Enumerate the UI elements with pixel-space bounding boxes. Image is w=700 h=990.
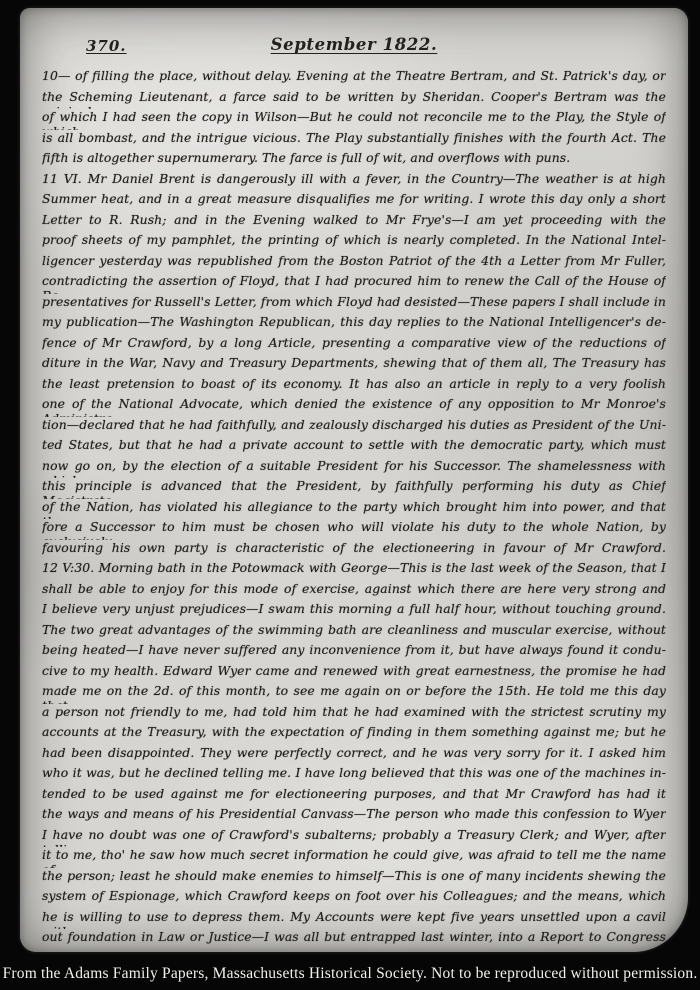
manuscript-line: tion—declared that he had faithfully, an… xyxy=(42,417,666,438)
manuscript-line: the person; least he should make enemies… xyxy=(42,868,666,889)
manuscript-line: the least pretension to boast of its eco… xyxy=(42,376,666,397)
manuscript-line: presentatives for Russell's Letter, from… xyxy=(42,294,666,315)
manuscript-line: ligencer yesterday was republished from … xyxy=(42,253,666,274)
manuscript-line: the Scheming Lieutenant, a farce said to… xyxy=(42,89,666,110)
manuscript-line: diture in the War, Navy and Treasury Dep… xyxy=(42,355,666,376)
manuscript-body: 10— of filling the place, without delay.… xyxy=(42,68,666,950)
manuscript-line: accounts at the Treasury, with the expec… xyxy=(42,724,666,745)
manuscript-line: is all bombast, and the intrigue vicious… xyxy=(42,130,666,151)
manuscript-line: shall be able to enjoy for this mode of … xyxy=(42,581,666,602)
manuscript-line: had been disappointed. They were perfect… xyxy=(42,745,666,766)
manuscript-line: The two great advantages of the swimming… xyxy=(42,622,666,643)
manuscript-line: Letter to R. Rush; and in the Evening wa… xyxy=(42,212,666,233)
page-title-date: September 1822. xyxy=(42,35,666,54)
manuscript-line: ted States, but that he had a private ac… xyxy=(42,437,666,458)
page-header: 370. September 1822. xyxy=(42,35,666,62)
manuscript-line: out foundation in Law or Justice—I was a… xyxy=(42,929,666,950)
manuscript-line: one of the National Advocate, which deni… xyxy=(42,396,666,417)
manuscript-line: who it was, but he declined telling me. … xyxy=(42,765,666,786)
manuscript-line: of which I had seen the copy in Wilson—B… xyxy=(42,109,666,130)
manuscript-line: proof sheets of my pamphlet, the printin… xyxy=(42,232,666,253)
manuscript-line: 11 VI. Mr Daniel Brent is dangerously il… xyxy=(42,171,666,192)
archive-credit-caption: From the Adams Family Papers, Massachuse… xyxy=(0,965,700,987)
manuscript-line: now go on, by the election of a suitable… xyxy=(42,458,666,479)
manuscript-line: favouring his own party is characteristi… xyxy=(42,540,666,561)
manuscript-line: contradicting the assertion of Floyd, th… xyxy=(42,273,666,294)
manuscript-line: I have no doubt was one of Crawford's su… xyxy=(42,827,666,848)
manuscript-line: being heated—I have never suffered any i… xyxy=(42,642,666,663)
manuscript-line: it to me, tho' he saw how much secret in… xyxy=(42,847,666,868)
manuscript-line: of the Nation, has violated his allegian… xyxy=(42,499,666,520)
manuscript-line: the ways and means of his Presidential C… xyxy=(42,806,666,827)
manuscript-line: a person not friendly to me, had told hi… xyxy=(42,704,666,725)
manuscript-line: system of Espionage, which Crawford keep… xyxy=(42,888,666,909)
manuscript-line: Summer heat, and in a great measure disq… xyxy=(42,191,666,212)
manuscript-line: fore a Successor to him must be chosen w… xyxy=(42,519,666,540)
page-content: 370. September 1822. 10— of filling the … xyxy=(20,8,688,950)
manuscript-line: made me on the 2d. of this month, to see… xyxy=(42,683,666,704)
manuscript-line: fifth is altogether supernumerary. The f… xyxy=(42,150,666,171)
manuscript-line: tended to be used against me for electio… xyxy=(42,786,666,807)
manuscript-line: 10— of filling the place, without delay.… xyxy=(42,68,666,89)
manuscript-line: my publication—The Washington Republican… xyxy=(42,314,666,335)
manuscript-page: 370. September 1822. 10— of filling the … xyxy=(20,8,688,952)
manuscript-line: 12 V:30. Morning bath in the Potowmack w… xyxy=(42,560,666,581)
manuscript-line: he is willing to use to depress them. My… xyxy=(42,909,666,930)
manuscript-line: this principle is advanced that the Pres… xyxy=(42,478,666,499)
manuscript-line: fence of Mr Crawford, by a long Article,… xyxy=(42,335,666,356)
scan-background: 370. September 1822. 10— of filling the … xyxy=(0,0,700,990)
manuscript-line: I believe very unjust prejudices—I swam … xyxy=(42,601,666,622)
manuscript-line: cive to my health. Edward Wyer came and … xyxy=(42,663,666,684)
